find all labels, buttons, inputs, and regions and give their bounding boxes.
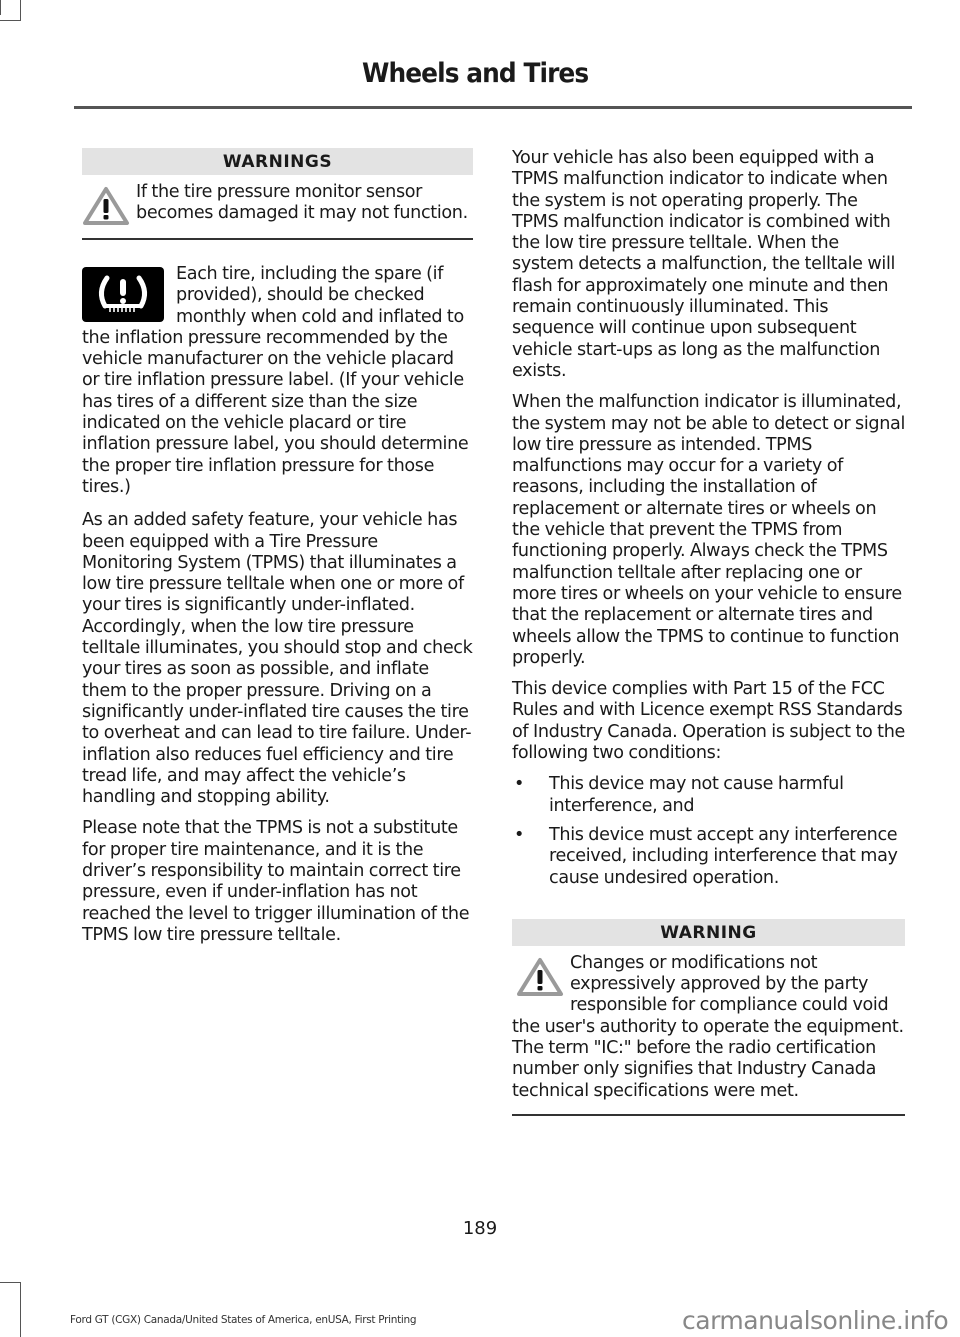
- crop-mark-bottom-left: [0, 1282, 21, 1337]
- warnings-heading: WARNINGS: [82, 148, 473, 175]
- malfunction-indicator-paragraph: Your vehicle has also been equipped with…: [512, 148, 905, 382]
- right-column: Your vehicle has also been equipped with…: [512, 148, 905, 1140]
- left-column: WARNINGS If the tire pressure monitor se…: [82, 148, 473, 956]
- warnings-body: If the tire pressure monitor sensor beco…: [82, 182, 473, 240]
- list-item-text: This device may not cause harmful interf…: [549, 774, 844, 815]
- page-number: 189: [0, 1218, 960, 1239]
- warning-box: WARNING Changes or modifications not exp…: [512, 919, 905, 1116]
- tpms-feature-paragraph: As an added safety feature, your vehicle…: [82, 510, 473, 808]
- warning-heading: WARNING: [512, 919, 905, 946]
- malfunction-illuminated-paragraph: When the malfunction indicator is illumi…: [512, 392, 905, 669]
- watermark: carmanualsonline.info: [682, 1306, 948, 1335]
- list-item: • This device must accept any interferen…: [512, 825, 905, 889]
- warning-body: Changes or modifications not expressivel…: [512, 953, 905, 1116]
- tpms-low-tire-pressure-icon: [82, 267, 164, 322]
- warning-triangle-icon: [516, 957, 564, 997]
- warnings-box: WARNINGS If the tire pressure monitor se…: [82, 148, 473, 240]
- list-item: • This device may not cause harmful inte…: [512, 774, 905, 817]
- header-rule: [74, 106, 912, 109]
- bullet-icon: •: [514, 825, 524, 846]
- fcc-compliance-paragraph: This device complies with Part 15 of the…: [512, 679, 905, 764]
- crop-mark-top-left: [0, 0, 21, 21]
- bullet-icon: •: [514, 774, 524, 795]
- page-title: Wheels and Tires: [362, 58, 588, 89]
- conditions-list: • This device may not cause harmful inte…: [512, 774, 905, 888]
- warning-triangle-icon: [82, 186, 130, 226]
- list-item-text: This device must accept any interference…: [549, 825, 898, 888]
- tpms-maintenance-paragraph: Please note that the TPMS is not a subst…: [82, 818, 473, 946]
- warning-text: Changes or modifications not expressivel…: [512, 953, 904, 1101]
- tpms-check-paragraph: Each tire, including the spare (if provi…: [82, 264, 473, 498]
- warning-text: If the tire pressure monitor sensor beco…: [136, 182, 468, 223]
- edition-footer: Ford GT (CGX) Canada/United States of Am…: [70, 1314, 416, 1326]
